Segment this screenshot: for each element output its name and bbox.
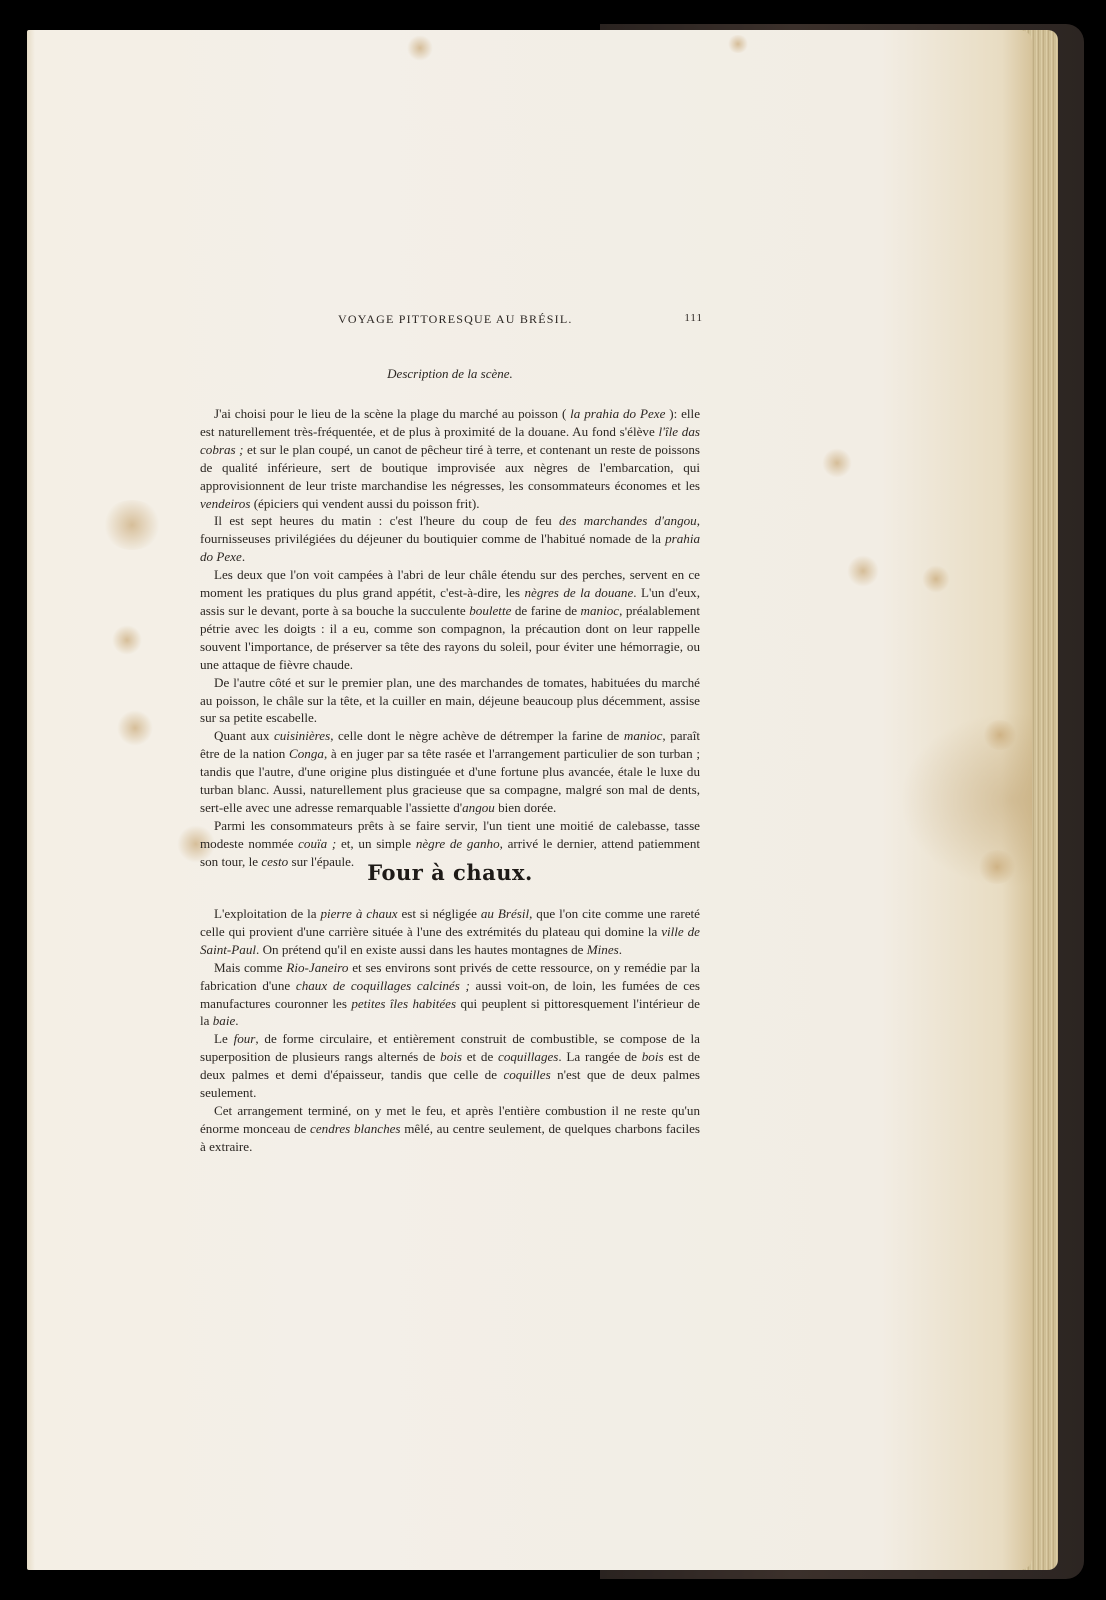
paragraph: Les deux que l'on voit campées à l'abri … (200, 566, 700, 673)
lime-kiln-text: L'exploitation de la pierre à chaux est … (200, 905, 700, 1156)
foxing-spot (977, 850, 1017, 884)
scene-description-text: J'ai choisi pour le lieu de la scène la … (200, 405, 700, 871)
section-title: Four à chaux. (200, 860, 700, 885)
page-number: 111 (684, 312, 703, 324)
foxing-spot (727, 35, 749, 53)
running-title: VOYAGE PITTORESQUE AU BRÉSIL. (338, 312, 573, 327)
foxing-spot (407, 35, 433, 61)
section-subtitle: Description de la scène. (200, 366, 700, 382)
foxing-spot (982, 720, 1018, 750)
foxing-spot (822, 448, 852, 478)
foxing-spot (112, 625, 142, 655)
paragraph: J'ai choisi pour le lieu de la scène la … (200, 405, 700, 512)
paragraph: L'exploitation de la pierre à chaux est … (200, 905, 700, 959)
paragraph: Le four, de forme circulaire, et entière… (200, 1030, 700, 1102)
paragraph: Il est sept heures du matin : c'est l'he… (200, 512, 700, 566)
foxing-spot (102, 500, 162, 550)
foxing-spot (117, 710, 153, 746)
page-header: VOYAGE PITTORESQUE AU BRÉSIL. 111 (203, 312, 703, 332)
paragraph: Quant aux cuisinières, celle dont le nèg… (200, 727, 700, 817)
paragraph: Mais comme Rio-Janeiro et ses environs s… (200, 959, 700, 1031)
foxing-spot (922, 565, 950, 593)
paragraph: Cet arrangement terminé, on y met le feu… (200, 1102, 700, 1156)
foxing-spot (847, 555, 879, 587)
paragraph: De l'autre côté et sur le premier plan, … (200, 674, 700, 728)
